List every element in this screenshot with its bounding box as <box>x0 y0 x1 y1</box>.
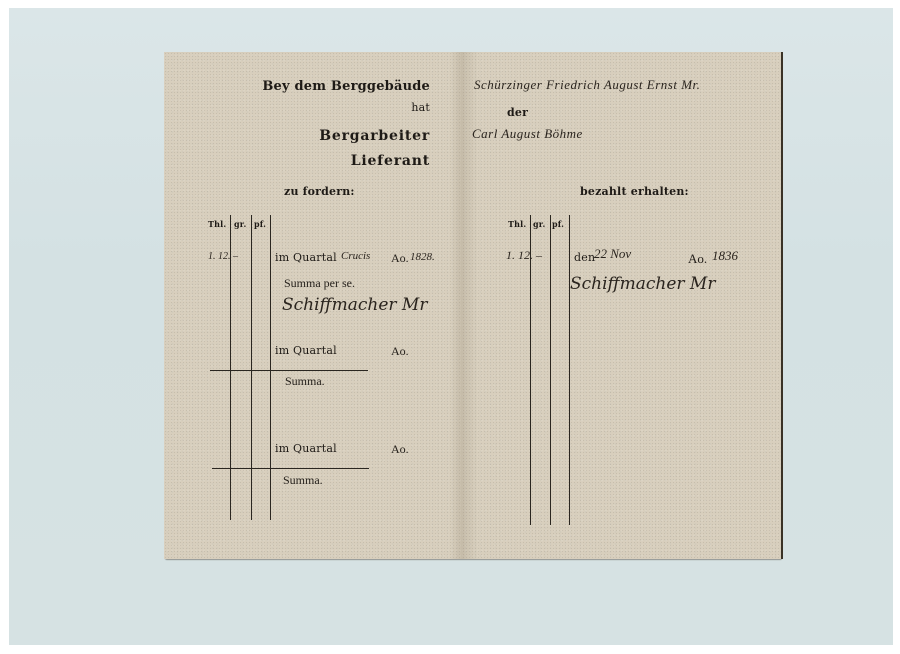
entry-1-date-value: 22 Nov <box>594 246 631 262</box>
entry-2-quarter-label: im Quartal <box>275 442 337 455</box>
column-header-groschen: gr. <box>234 219 246 229</box>
entry-1-year-label: Ao. <box>688 251 707 267</box>
column-header-thaler: Thl. <box>208 219 226 229</box>
entry-separator-2 <box>212 468 369 469</box>
subheading-bezahlt-erhalten: bezahlt erhalten: <box>580 185 689 198</box>
handwritten-name-line-1: Schürzinger Friedrich August Ernst Mr. <box>474 77 700 93</box>
entry-separator-1 <box>210 370 368 371</box>
heading-hat: hat <box>411 101 430 114</box>
entry-2-year-label: Ao. <box>391 442 409 457</box>
entry-1-date-label: den <box>574 251 595 264</box>
entry-1-next-year-label: Ao. <box>391 344 409 359</box>
role-bergarbeiter: Bergarbeiter <box>319 128 430 144</box>
entry-1-amount: 1. 12. – <box>208 251 238 262</box>
entry-1-sum-label: Summa per se. <box>284 276 355 291</box>
entry-1-year-value: 1836 <box>712 248 738 264</box>
handwritten-name-line-2: Carl August Böhme <box>472 126 583 142</box>
role-lieferant: Lieferant <box>351 153 430 169</box>
column-divider-3 <box>569 215 570 525</box>
heading-berggebaeude: Bey dem Berggebäude <box>262 79 430 94</box>
left-page: Bey dem Berggebäude hat Bergarbeiter Lie… <box>164 52 463 559</box>
label-der: der <box>507 106 528 119</box>
column-header-pfennig: pf. <box>552 219 564 229</box>
entry-3-sum-label: Summa. <box>283 473 323 488</box>
column-divider-3 <box>270 215 271 520</box>
entry-1-signature: Schiffmacher Mr <box>282 295 427 315</box>
entry-1-amount: 1. 12. – <box>506 248 542 263</box>
entry-1-year-value: 1828. <box>410 251 435 263</box>
subheading-zu-fordern: zu fordern: <box>284 185 355 198</box>
column-header-pfennig: pf. <box>254 219 266 229</box>
column-header-thaler: Thl. <box>508 219 526 229</box>
entry-1-next-quarter-label: im Quartal <box>275 344 337 357</box>
column-header-groschen: gr. <box>533 219 545 229</box>
entry-1-signature: Schiffmacher Mr <box>570 274 715 294</box>
entry-1-quarter-value: Crucis <box>341 250 370 262</box>
right-page: Schürzinger Friedrich August Ernst Mr. d… <box>462 52 783 559</box>
entry-1-year-label: Ao. <box>391 251 409 266</box>
entry-2-sum-label: Summa. <box>285 374 325 389</box>
column-divider-2 <box>550 215 551 525</box>
column-divider-2 <box>251 215 252 520</box>
entry-1-quarter-label: im Quartal <box>275 251 337 264</box>
open-booklet: Bey dem Berggebäude hat Bergarbeiter Lie… <box>164 52 781 559</box>
